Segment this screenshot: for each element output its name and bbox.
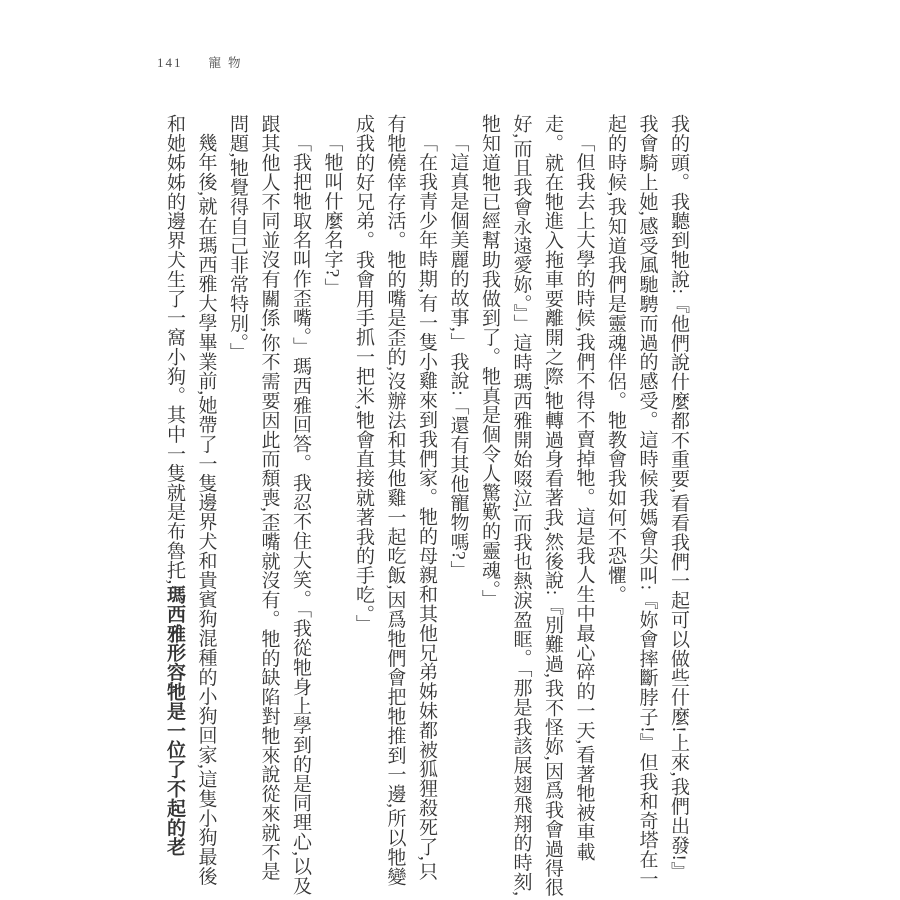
paragraph: 「這真是個美麗的故事,」我說:「還有其他寵物嗎?」 — [442, 114, 474, 898]
text-block: 我的頭。我聽到牠說:『他們說什麼都不重要,看看我們一起可以做些什麼!上來,我們出… — [158, 114, 694, 898]
paragraph: 幾年後,就在瑪西雅大學畢業前,她帶了一隻邊界犬和貴賓狗混種的小狗回家,這隻小狗最… — [159, 114, 222, 898]
body-text: 我的頭。我聽到牠說:『他們說什麼都不重要,看看我們一起可以做些什麼!上來,我們出… — [605, 114, 689, 888]
paragraph: 「牠叫什麼名字?」 — [316, 114, 348, 898]
book-page: 141 寵物 我的頭。我聽到牠說:『他們說什麼都不重要,看看我們一起可以做些什麼… — [0, 0, 900, 900]
paragraph: 我的頭。我聽到牠說:『他們說什麼都不重要,看看我們一起可以做些什麼!上來,我們出… — [600, 114, 695, 898]
body-text: 「我把牠取名叫作歪嘴。」瑪西雅回答。我忍不住大笑。「我從牠身上學到的是同理心,以… — [227, 114, 311, 895]
body-text: 「這真是個美麗的故事,」我說:「還有其他寵物嗎?」 — [448, 133, 469, 579]
page-number: 141 — [157, 55, 183, 71]
paragraph: 「在我青少年時期,有一隻小雞來到我們家。牠的母親和其他兄弟姊妹都被狐狸殺死了,只… — [348, 114, 443, 898]
page-header: 141 寵物 — [157, 53, 248, 71]
body-text: 「牠叫什麼名字?」 — [322, 133, 343, 297]
chapter-title: 寵物 — [209, 53, 248, 71]
paragraph: 「我把牠取名叫作歪嘴。」瑪西雅回答。我忍不住大笑。「我從牠身上學到的是同理心,以… — [222, 114, 317, 898]
emphasis-text: 瑪西雅形容牠是一位了不起的老 — [164, 585, 185, 857]
body-text: 「但我去上大學的時候,我們不得不賣掉牠。這是我人生中最心碎的一天,看著牠被車載走… — [479, 114, 595, 897]
body-text: 「在我青少年時期,有一隻小雞來到我們家。牠的母親和其他兄弟姊妹都被狐狸殺死了,只… — [353, 114, 437, 886]
paragraph: 「但我去上大學的時候,我們不得不賣掉牠。這是我人生中最心碎的一天,看著牠被車載走… — [474, 114, 600, 898]
